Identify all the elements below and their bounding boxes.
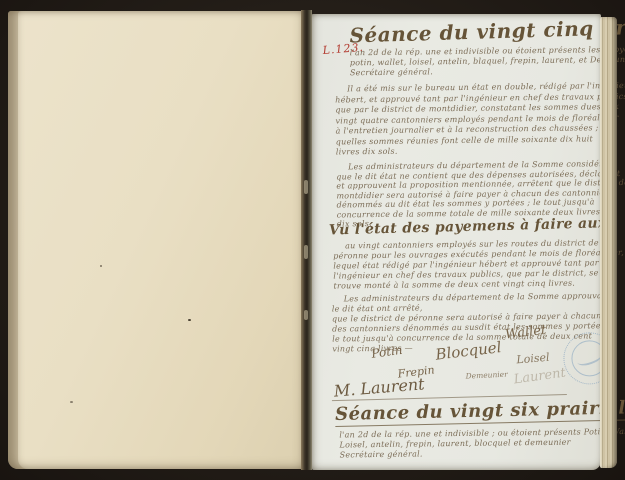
left-blank-page xyxy=(8,11,303,469)
session1-opening-paragraph: l'an 2d de la rép. une et indivisible ou… xyxy=(350,45,625,79)
manuscript-line: livres dix sols. xyxy=(336,144,625,158)
binding-stitch xyxy=(304,310,308,320)
manuscript-content: L.123. Séance du vingt cinq prairial l'a… xyxy=(309,12,604,471)
paper-speck xyxy=(100,265,102,267)
session2-opening-paragraph: l'an 2d de la rép. une et indivisible ; … xyxy=(339,427,625,461)
binding-stitch xyxy=(304,180,308,194)
manuscript-line: trouve monté à la somme de deux cent vin… xyxy=(333,278,624,292)
signature-laurent-faint: Laurent xyxy=(513,366,567,388)
open-register-book: L.123. Séance du vingt cinq prairial l'a… xyxy=(0,0,625,480)
session1-paragraph-2: Il a été mis sur le bureau un état en do… xyxy=(335,81,625,158)
session-title-text: Séance du vingt cinq prairial xyxy=(349,13,625,47)
session-title-25-prairial: Séance du vingt cinq prairial xyxy=(349,13,625,48)
signature-laurent: M. Laurent xyxy=(333,374,425,400)
session1-paragraph-4: au vingt cantonniers employés sur les ro… xyxy=(333,238,624,292)
signature-potin: Potin xyxy=(371,343,404,361)
book-fore-edge-pages xyxy=(600,17,617,468)
paper-speck xyxy=(188,319,191,321)
manuscript-page: L.123. Séance du vingt cinq prairial l'a… xyxy=(312,14,601,470)
signature-demeunier: Demeunier xyxy=(465,370,507,381)
session-title-26-prairial: Séance du vingt six prairial xyxy=(335,397,625,427)
manuscript-line: Secrétaire général. xyxy=(350,65,625,79)
paper-speck xyxy=(70,401,73,403)
signature-loisel: Loisel xyxy=(516,351,550,367)
binding-stitch xyxy=(304,245,308,259)
